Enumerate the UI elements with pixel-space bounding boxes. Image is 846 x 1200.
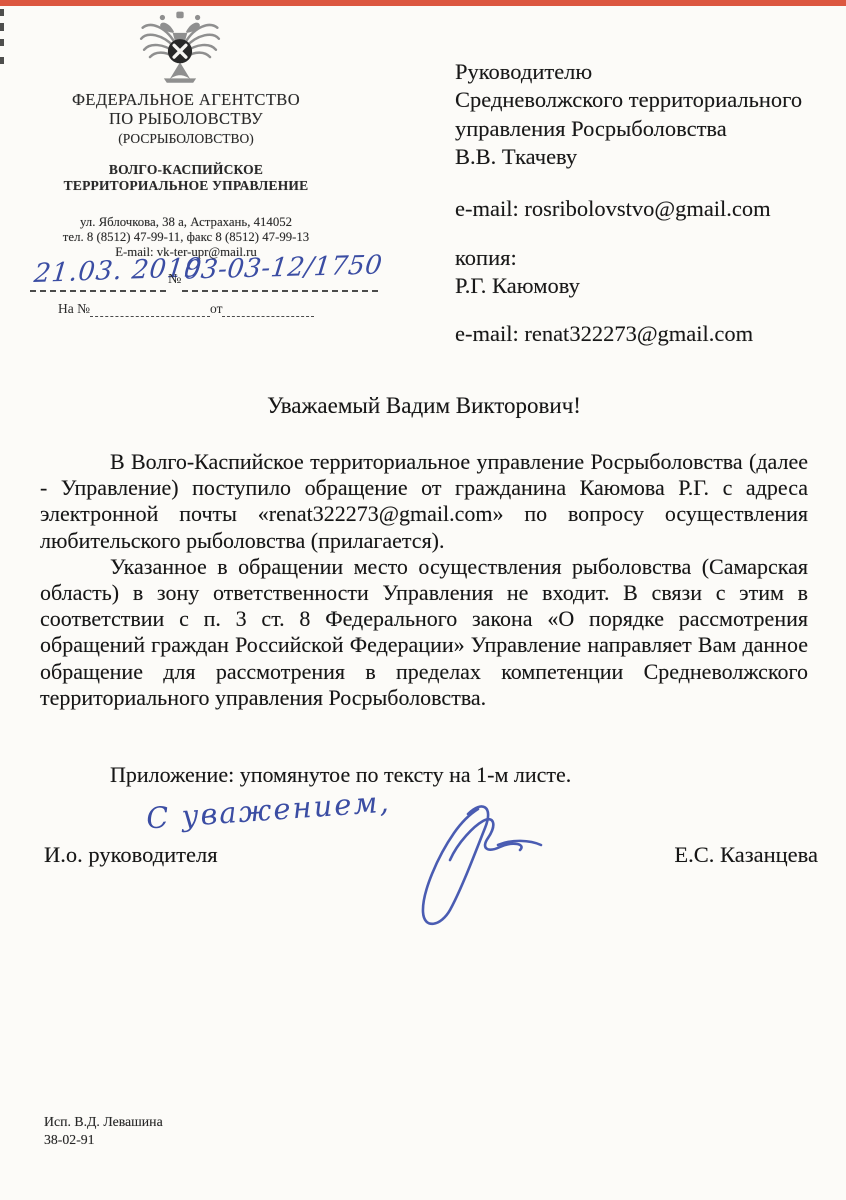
handwritten-closing: С уважением, <box>145 785 392 836</box>
division-name-line2: ТЕРРИТОРИАЛЬНОЕ УПРАВЛЕНИЕ <box>18 178 354 194</box>
recipient-title: Руководителю <box>455 58 840 86</box>
outgoing-reference-line: 21.03. 2019 № 03-03-12/1750 <box>30 256 360 296</box>
division-name-line1: ВОЛГО-КАСПИЙСКОЕ <box>18 162 354 178</box>
letter-body: В Волго-Каспийское территориальное управ… <box>40 449 808 711</box>
signer-position: И.о. руководителя <box>44 842 218 868</box>
scan-artifact-mark <box>0 39 4 46</box>
address-phone-line: тел. 8 (8512) 47-99-11, факс 8 (8512) 47… <box>18 230 354 245</box>
executor-phone: 38-02-91 <box>44 1131 163 1149</box>
date-underline <box>30 290 166 292</box>
reply-reference-line: На № от <box>58 301 348 317</box>
body-paragraph-1: В Волго-Каспийское территориальное управ… <box>40 449 808 554</box>
scan-artifact-mark <box>0 57 4 64</box>
address-street-line: ул. Яблочкова, 38 а, Астрахань, 414052 <box>18 215 354 230</box>
scanned-letter-page: ФЕДЕРАЛЬНОЕ АГЕНТСТВО ПО РЫБОЛОВСТВУ (РО… <box>0 0 846 1200</box>
reply-number-blank <box>90 301 210 317</box>
recipient-org-line1: Средневолжского территориального <box>455 86 840 114</box>
agency-name-line1: ФЕДЕРАЛЬНОЕ АГЕНТСТВО <box>18 90 354 109</box>
executor-name: Исп. В.Д. Левашина <box>44 1113 163 1131</box>
number-underline <box>182 290 378 292</box>
signature-row: И.о. руководителя Е.С. Казанцева <box>44 842 818 868</box>
scan-artifact-mark <box>0 23 4 31</box>
handwritten-outgoing-number: 03-03-12/1750 <box>182 250 384 285</box>
executor-block: Исп. В.Д. Левашина 38-02-91 <box>44 1113 163 1148</box>
copy-label: копия: <box>455 244 840 272</box>
copy-person: Р.Г. Каюмову <box>455 272 840 300</box>
recipient-person: В.В. Ткачеву <box>455 143 840 171</box>
recipient-block: Руководителю Средневолжского территориал… <box>455 58 840 348</box>
body-paragraph-2: Указанное в обращении место осуществлени… <box>40 554 808 711</box>
copy-email: e-mail: renat322273@gmail.com <box>455 320 840 348</box>
scan-artifact-mark <box>0 9 4 16</box>
agency-short-name: (РОСРЫБОЛОВСТВО) <box>18 131 354 147</box>
number-sign-label: № <box>168 272 181 288</box>
salutation: Уважаемый Вадим Викторович! <box>40 393 808 419</box>
agency-name-line2: ПО РЫБОЛОВСТВУ <box>18 109 354 128</box>
recipient-email: e-mail: rosribolovstvo@gmail.com <box>455 195 840 223</box>
recipient-org-line2: управления Росрыболовства <box>455 115 840 143</box>
reply-from-label: от <box>210 301 222 317</box>
reply-number-label: На № <box>58 301 90 317</box>
handwritten-signature-icon <box>386 798 556 938</box>
attachment-note: Приложение: упомянутое по тексту на 1-м … <box>40 762 808 788</box>
double-eagle-emblem-icon <box>136 8 224 90</box>
reply-date-blank <box>222 301 314 317</box>
letterhead-agency-block: ФЕДЕРАЛЬНОЕ АГЕНТСТВО ПО РЫБОЛОВСТВУ (РО… <box>18 90 354 194</box>
scan-top-edge-bar <box>0 0 846 6</box>
signer-name: Е.С. Казанцева <box>674 842 818 868</box>
